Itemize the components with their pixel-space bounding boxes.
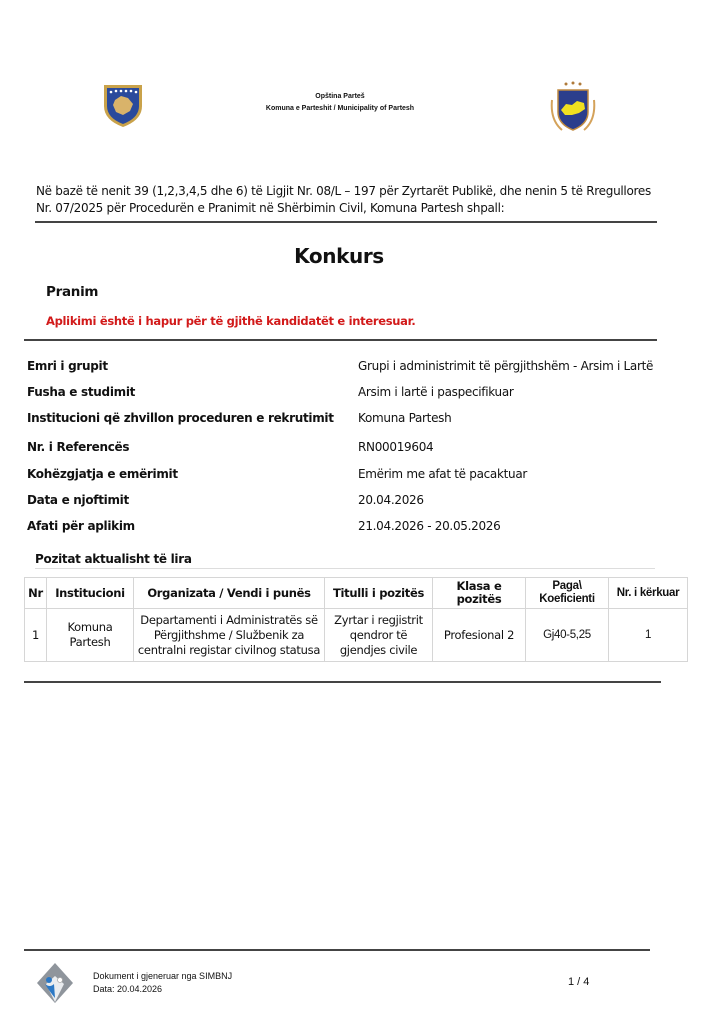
- column-header-nr: Nr: [25, 578, 47, 609]
- municipality-partesh-emblem-icon: [548, 80, 598, 140]
- application-notice: Aplikimi është i hapur për të gjithë kan…: [46, 314, 415, 328]
- column-header-position-title: Titulli i pozitës: [325, 578, 433, 609]
- column-header-institution: Institucioni: [47, 578, 134, 609]
- page-number: 1 / 4: [568, 976, 589, 988]
- cell-position-class: Profesional 2: [433, 609, 526, 662]
- cell-organization: Departamenti i Administratës së Përgjith…: [134, 609, 325, 662]
- cell-nr: 1: [25, 609, 47, 662]
- header-municipality-name: Opština Parteš: [200, 91, 480, 103]
- table-row: 1 Komuna Partesh Departamenti i Administ…: [25, 609, 688, 662]
- detail-value-field: Arsim i lartë i paspecifikuar: [358, 385, 514, 399]
- simbnj-logo-icon: [36, 962, 74, 1008]
- positions-section-title: Pozitat aktualisht të lira: [35, 552, 192, 566]
- footer-divider: [24, 949, 650, 951]
- detail-label-duration: Kohëzgjatja e emërimit: [27, 467, 178, 481]
- column-header-salary: Paga\ Koeficienti: [526, 578, 609, 609]
- footer-date: Data: 20.04.2026: [93, 983, 162, 996]
- detail-label-deadline: Afati për aplikim: [27, 519, 135, 533]
- detail-label-group: Emri i grupit: [27, 359, 108, 373]
- detail-label-field: Fusha e studimit: [27, 385, 135, 399]
- section-underline: [35, 568, 655, 569]
- cell-position-title: Zyrtar i regjistrit qendror të gjendjes …: [325, 609, 433, 662]
- divider: [24, 681, 661, 683]
- detail-value-group: Grupi i administrimit të përgjithshëm - …: [358, 359, 653, 373]
- column-header-required: Nr. i kërkuar: [609, 578, 688, 609]
- detail-label-institution: Institucioni që zhvillon proceduren e re…: [27, 411, 334, 425]
- divider: [35, 221, 657, 223]
- header-municipality-full: Komuna e Parteshit / Municipality of Par…: [200, 103, 480, 115]
- detail-value-institution: Komuna Partesh: [358, 411, 451, 425]
- footer-generated-by: Dokument i gjeneruar nga SIMBNJ: [93, 970, 232, 983]
- kosovo-coat-of-arms-icon: [101, 82, 145, 132]
- column-header-position-class: Klasa e pozitës: [433, 578, 526, 609]
- cell-required: 1: [609, 609, 688, 662]
- table-header-row: Nr Institucioni Organizata / Vendi i pun…: [25, 578, 688, 609]
- cell-institution: Komuna Partesh: [47, 609, 134, 662]
- detail-value-deadline: 21.04.2026 - 20.05.2026: [358, 519, 500, 533]
- detail-value-reference: RN00019604: [358, 440, 433, 454]
- detail-label-notice-date: Data e njoftimit: [27, 493, 129, 507]
- detail-value-duration: Emërim me afat të pacaktuar: [358, 467, 527, 481]
- subtitle: Pranim: [46, 284, 98, 300]
- divider: [24, 339, 657, 341]
- positions-table: Nr Institucioni Organizata / Vendi i pun…: [24, 577, 688, 662]
- column-header-organization: Organizata / Vendi i punës: [134, 578, 325, 609]
- cell-salary: Gj40-5,25: [526, 609, 609, 662]
- intro-paragraph: Në bazë të nenit 39 (1,2,3,4,5 dhe 6) të…: [36, 183, 656, 217]
- detail-value-notice-date: 20.04.2026: [358, 493, 424, 507]
- detail-label-reference: Nr. i Referencës: [27, 440, 129, 454]
- page-title: Konkurs: [0, 244, 678, 268]
